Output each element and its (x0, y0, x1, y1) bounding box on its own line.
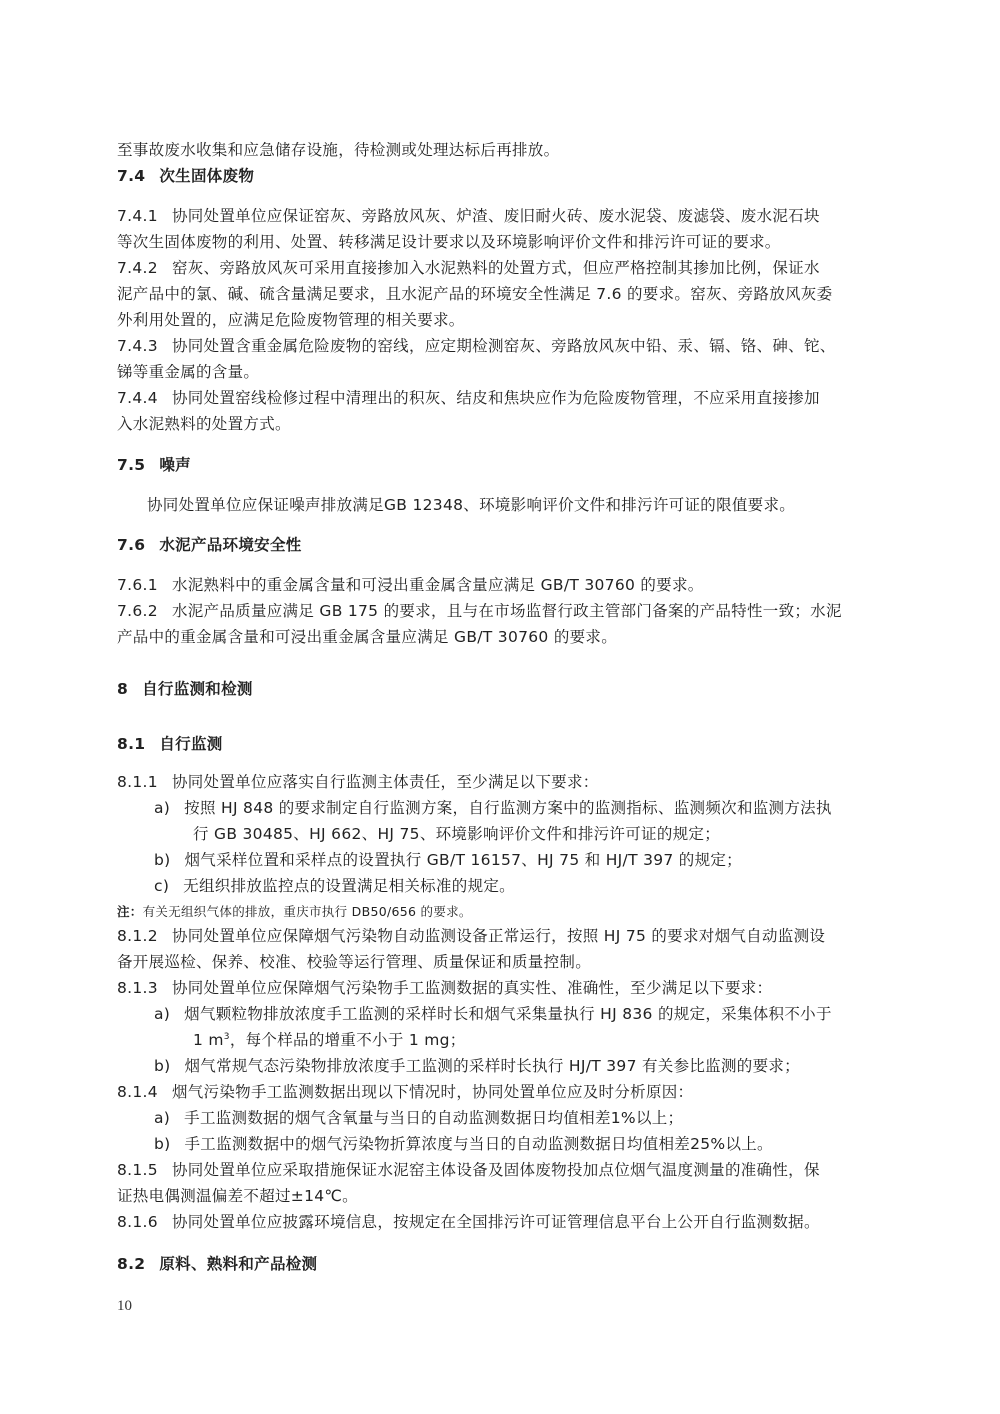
list-item-a: a)按照 HJ 848 的要求制定自行监测方案，自行监测方案中的监测指标、监测频… (154, 798, 832, 818)
clause-8-1-5: 8.1.5协同处置单位应采取措施保证水泥窑主体设备及固体废物投加点位烟气温度测量… (117, 1160, 820, 1180)
heading-title: 噪声 (159, 456, 191, 474)
clause-7-4-3-line2: 锑等重金属的含量。 (117, 362, 259, 382)
list-text: 按照 HJ 848 的要求制定自行监测方案，自行监测方案中的监测指标、监测频次和… (184, 799, 832, 817)
clause-number: 7.4.1 (117, 206, 158, 226)
clause-text: 协同处置单位应保障烟气污染物手工监测数据的真实性、准确性，至少满足以下要求： (172, 979, 772, 997)
heading-number: 8.2 (117, 1254, 145, 1274)
list-text: 烟气颗粒物排放浓度手工监测的采样时长和烟气采集量执行 HJ 836 的规定，采集… (184, 1005, 832, 1023)
clause-7-4-1-line2: 等次生固体废物的利用、处置、转移满足设计要求以及环境影响评价文件和排污许可证的要… (117, 232, 781, 252)
clause-8-1-3: 8.1.3协同处置单位应保障烟气污染物手工监测数据的真实性、准确性，至少满足以下… (117, 978, 772, 998)
list-text: 烟气常规气态污染物排放浓度手工监测的采样时长执行 HJ/T 397 有关参比监测… (185, 1057, 801, 1075)
list-label: a) (154, 798, 170, 818)
clause-7-6-1: 7.6.1水泥熟料中的重金属含量和可浸出重金属含量应满足 GB/T 30760 … (117, 575, 704, 595)
clause-7-4-3: 7.4.3协同处置含重金属危险废物的窑线，应定期检测窑灰、旁路放风灰中铅、汞、镉… (117, 336, 836, 356)
list-text: 手工监测数据中的烟气污染物折算浓度与当日的自动监测数据日均值相差25%以上。 (185, 1135, 773, 1153)
text: ，每个样品的增重不小于 1 mg； (230, 1031, 466, 1049)
clause-8-1-2: 8.1.2协同处置单位应保障烟气污染物自动监测设备正常运行，按照 HJ 75 的… (117, 926, 825, 946)
clause-text: 水泥熟料中的重金属含量和可浸出重金属含量应满足 GB/T 30760 的要求。 (172, 576, 704, 594)
paragraph-continuation: 至事故废水收集和应急储存设施，待检测或处理达标后再排放。 (117, 140, 559, 160)
clause-text: 烟气污染物手工监测数据出现以下情况时，协同处置单位应及时分析原因： (172, 1083, 693, 1101)
clause-text: 协同处置含重金属危险废物的窑线，应定期检测窑灰、旁路放风灰中铅、汞、镉、铬、砷、… (172, 337, 836, 355)
heading-title: 次生固体废物 (159, 167, 254, 185)
clause-text: 协同处置单位应落实自行监测主体责任，至少满足以下要求： (172, 773, 599, 791)
clause-8-1-6: 8.1.6协同处置单位应披露环境信息，按规定在全国排污许可证管理信息平台上公开自… (117, 1212, 820, 1232)
clause-number: 7.4.3 (117, 336, 158, 356)
list-item-a: a)烟气颗粒物排放浓度手工监测的采样时长和烟气采集量执行 HJ 836 的规定，… (154, 1004, 832, 1024)
clause-text: 协同处置单位应披露环境信息，按规定在全国排污许可证管理信息平台上公开自行监测数据… (172, 1213, 820, 1231)
clause-text: 协同处置单位应采取措施保证水泥窑主体设备及固体废物投加点位烟气温度测量的准确性，… (172, 1161, 820, 1179)
clause-number: 8.1.3 (117, 978, 158, 998)
list-label: a) (154, 1108, 170, 1128)
heading-number: 7.4 (117, 166, 145, 186)
clause-8-1-2-line2: 备开展巡检、保养、校准、校验等运行管理、质量保证和质量控制。 (117, 952, 591, 972)
list-item-b: b)烟气采样位置和采样点的设置执行 GB/T 16157、HJ 75 和 HJ/… (154, 850, 742, 870)
list-label: b) (154, 1134, 171, 1154)
list-text: 手工监测数据的烟气含氧量与当日的自动监测数据日均值相差1%以上； (184, 1109, 683, 1127)
clause-7-6-2-line2: 产品中的重金属含量和可浸出重金属含量应满足 GB/T 30760 的要求。 (117, 627, 617, 647)
page-number: 10 (117, 1298, 132, 1315)
list-item-a-line2: 1 m3，每个样品的增重不小于 1 mg； (193, 1030, 466, 1050)
clause-8-1-4: 8.1.4烟气污染物手工监测数据出现以下情况时，协同处置单位应及时分析原因： (117, 1082, 693, 1102)
clause-number: 8.1.1 (117, 772, 158, 792)
clause-text: 水泥产品质量应满足 GB 175 的要求，且与在市场监督行政主管部门备案的产品特… (172, 602, 842, 620)
heading-8: 8自行监测和检测 (117, 679, 253, 699)
clause-7-4-2-line3: 外利用处置的，应满足危险废物管理的相关要求。 (117, 310, 465, 330)
heading-8-1: 8.1自行监测 (117, 734, 223, 754)
list-item-b: b)烟气常规气态污染物排放浓度手工监测的采样时长执行 HJ/T 397 有关参比… (154, 1056, 800, 1076)
heading-title: 原料、熟料和产品检测 (159, 1255, 317, 1273)
heading-title: 自行监测 (159, 735, 222, 753)
list-item-a-line2: 行 GB 30485、HJ 662、HJ 75、环境影响评价文件和排污许可证的规… (193, 824, 720, 844)
list-label: b) (154, 1056, 171, 1076)
clause-text: 窑灰、旁路放风灰可采用直接掺加入水泥熟料的处置方式，但应严格控制其掺加比例，保证… (172, 259, 820, 277)
heading-number: 8.1 (117, 734, 145, 754)
heading-8-2: 8.2原料、熟料和产品检测 (117, 1254, 317, 1274)
clause-number: 8.1.5 (117, 1160, 158, 1180)
heading-number: 8 (117, 679, 128, 699)
clause-number: 7.4.2 (117, 258, 158, 278)
clause-7-4-2-line2: 泥产品中的氯、碱、硫含量满足要求，且水泥产品的环境安全性满足 7.6 的要求。窑… (117, 284, 832, 304)
clause-text: 协同处置窑线检修过程中清理出的积灰、结皮和焦块应作为危险废物管理，不应采用直接掺… (172, 389, 820, 407)
heading-title: 水泥产品环境安全性 (159, 536, 301, 554)
clause-text: 协同处置单位应保障烟气污染物自动监测设备正常运行，按照 HJ 75 的要求对烟气… (172, 927, 825, 945)
document-page: 至事故废水收集和应急储存设施，待检测或处理达标后再排放。 7.4次生固体废物 7… (0, 0, 1000, 1414)
heading-title: 自行监测和检测 (142, 680, 253, 698)
clause-7-4-4: 7.4.4协同处置窑线检修过程中清理出的积灰、结皮和焦块应作为危险废物管理，不应… (117, 388, 820, 408)
heading-7-6: 7.6水泥产品环境安全性 (117, 535, 302, 555)
heading-number: 7.6 (117, 535, 145, 555)
list-item-b: b)手工监测数据中的烟气污染物折算浓度与当日的自动监测数据日均值相差25%以上。 (154, 1134, 773, 1154)
text: 1 m (193, 1031, 224, 1049)
list-item-c: c)无组织排放监控点的设置满足相关标准的规定。 (154, 876, 515, 896)
clause-number: 7.6.2 (117, 601, 158, 621)
heading-7-5: 7.5噪声 (117, 455, 191, 475)
clause-number: 7.6.1 (117, 575, 158, 595)
clause-7-4-1: 7.4.1协同处置单位应保证窑灰、旁路放风灰、炉渣、废旧耐火砖、废水泥袋、废滤袋… (117, 206, 820, 226)
list-label: b) (154, 850, 171, 870)
clause-7-4-4-line2: 入水泥熟料的处置方式。 (117, 414, 291, 434)
list-label: c) (154, 876, 169, 896)
list-item-a: a)手工监测数据的烟气含氧量与当日的自动监测数据日均值相差1%以上； (154, 1108, 683, 1128)
note-text: 有关无组织气体的排放，重庆市执行 DB50/656 的要求。 (143, 904, 472, 919)
clause-number: 8.1.2 (117, 926, 158, 946)
note-label: 注： (117, 904, 143, 919)
list-label: a) (154, 1004, 170, 1024)
list-text: 无组织排放监控点的设置满足相关标准的规定。 (183, 877, 515, 895)
list-text: 烟气采样位置和采样点的设置执行 GB/T 16157、HJ 75 和 HJ/T … (185, 851, 742, 869)
heading-number: 7.5 (117, 455, 145, 475)
clause-7-4-2: 7.4.2窑灰、旁路放风灰可采用直接掺加入水泥熟料的处置方式，但应严格控制其掺加… (117, 258, 820, 278)
paragraph-7-5: 协同处置单位应保证噪声排放满足GB 12348、环境影响评价文件和排污许可证的限… (147, 495, 795, 515)
note: 注：有关无组织气体的排放，重庆市执行 DB50/656 的要求。 (117, 902, 472, 922)
clause-text: 协同处置单位应保证窑灰、旁路放风灰、炉渣、废旧耐火砖、废水泥袋、废滤袋、废水泥石… (172, 207, 820, 225)
clause-number: 8.1.4 (117, 1082, 158, 1102)
clause-number: 7.4.4 (117, 388, 158, 408)
clause-number: 8.1.6 (117, 1212, 158, 1232)
heading-7-4: 7.4次生固体废物 (117, 166, 254, 186)
clause-8-1-5-line2: 证热电偶测温偏差不超过±14℃。 (117, 1186, 358, 1206)
clause-8-1-1: 8.1.1协同处置单位应落实自行监测主体责任，至少满足以下要求： (117, 772, 599, 792)
clause-7-6-2: 7.6.2水泥产品质量应满足 GB 175 的要求，且与在市场监督行政主管部门备… (117, 601, 842, 621)
